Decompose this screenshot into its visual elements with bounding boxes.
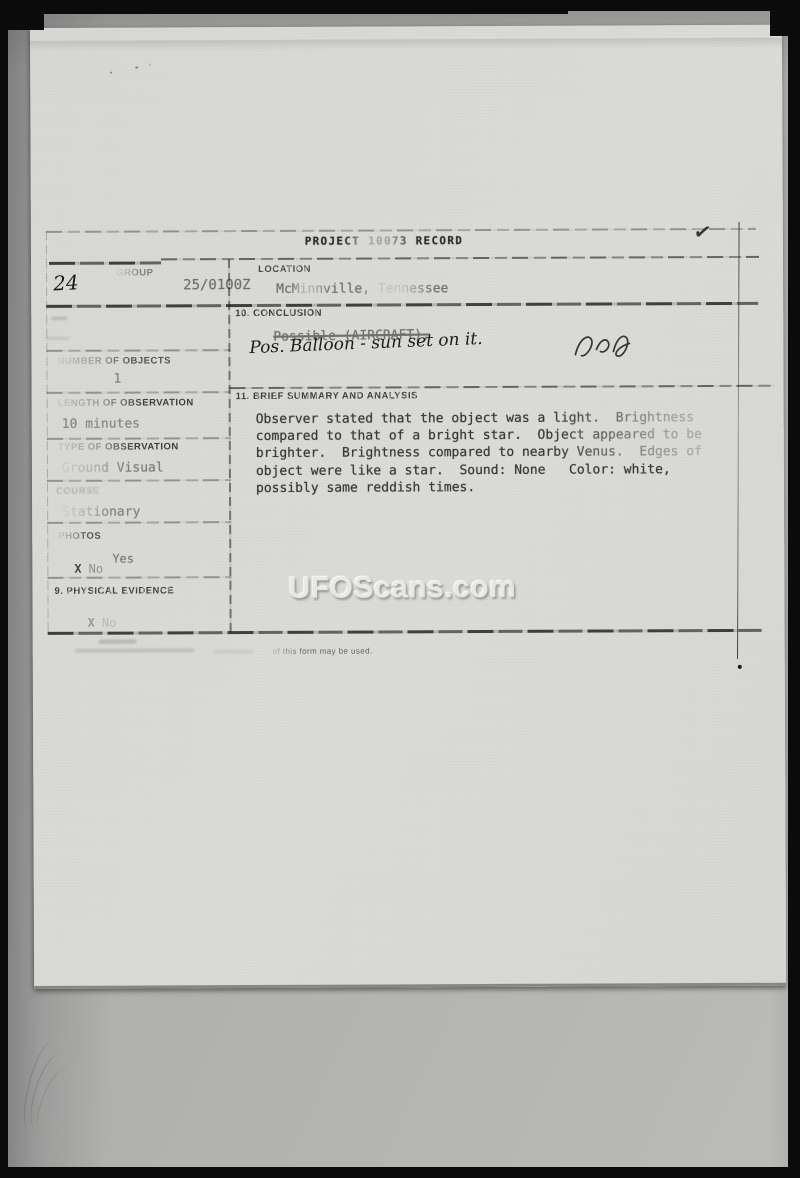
length-of-observation-value: 10 minutes — [62, 416, 140, 433]
ink-speck — [110, 72, 112, 74]
form-rule — [47, 576, 231, 578]
location-label: LOCATION — [258, 264, 311, 276]
physical-evidence-checkmark: X — [88, 616, 95, 630]
type-of-observation-label: TYPE OF OBSERVATION — [58, 441, 179, 453]
form-rule — [47, 391, 231, 393]
summary-paragraph: Observer stated that the object was a li… — [256, 409, 748, 497]
handwritten-page-number: 24 — [53, 271, 80, 294]
photos-no-option: X No — [74, 562, 103, 576]
summary-line: object were like a star. Sound: None Col… — [256, 460, 748, 479]
form-rule — [46, 302, 758, 308]
scanned-document-page: PROJECT 10073 RECORD ✓ GROUP LOCATION 24… — [0, 0, 800, 1178]
footer-smudge — [213, 650, 253, 653]
form-divider — [228, 259, 231, 632]
conclusion-label: 10. CONCLUSION — [235, 308, 322, 320]
summary-line: Observer stated that the object was a li… — [256, 409, 748, 428]
watermark: UFOScans.com — [280, 571, 524, 605]
form-rule — [47, 521, 231, 523]
card-title: PROJECT 10073 RECORD — [299, 234, 469, 248]
ink-speck — [149, 63, 151, 65]
footer-smudge — [99, 640, 137, 644]
summary-label: 11. BRIEF SUMMARY AND ANALYSIS — [236, 390, 418, 402]
form-footer-note: of this form may be used. — [273, 648, 373, 656]
number-of-objects-value: 1 — [113, 371, 121, 388]
film-edge-left — [0, 0, 8, 1178]
paper-crease-dot — [738, 665, 742, 669]
form-rule — [46, 349, 230, 351]
signature-scribble — [569, 330, 641, 367]
summary-line: brighter. Brightness compared to nearby … — [256, 443, 748, 462]
form-rule — [47, 437, 231, 439]
photos-no-checkmark: X — [74, 562, 81, 576]
form-rule — [46, 228, 756, 233]
footer-smudge — [75, 648, 195, 653]
form-rule — [49, 261, 161, 264]
form-rule — [230, 385, 775, 389]
summary-line: possibly same reddish times. — [256, 478, 748, 497]
photos-yes-option: Yes — [112, 551, 134, 568]
date-time-group-label: GROUP — [116, 267, 153, 279]
film-edge-bottom — [0, 1167, 800, 1178]
ink-speck — [135, 67, 138, 69]
form-rule — [48, 629, 762, 635]
film-edge-top — [0, 0, 568, 14]
number-of-objects-label: NUMBER OF OBJECTS — [57, 355, 171, 367]
physical-evidence-value: X No — [88, 616, 117, 630]
form-border-left — [46, 231, 49, 632]
length-of-observation-label: LENGTH OF OBSERVATION — [58, 397, 194, 409]
photos-label: PHOTOS — [58, 531, 101, 543]
form-rule — [47, 479, 231, 481]
film-edge-right — [788, 0, 800, 1178]
scan-streak — [30, 38, 782, 51]
physical-evidence-label: 9. PHYSICAL EVIDENCE — [54, 585, 174, 597]
course-value: Stationary — [62, 504, 140, 521]
type-of-observation-value: Ground Visual — [62, 459, 164, 476]
paper-sheet: PROJECT 10073 RECORD ✓ GROUP LOCATION 24… — [30, 25, 786, 989]
photos-no-word: No — [89, 562, 104, 576]
location-value: McMinnville, Tennessee — [276, 280, 448, 298]
course-label: COURSE — [56, 486, 100, 498]
physical-evidence-word: No — [102, 616, 117, 630]
faded-source-row-smudge — [51, 317, 67, 320]
faded-source-row-smudge — [45, 337, 69, 340]
summary-line: compared to that of a bright star. Objec… — [256, 426, 748, 445]
checkmark-annotation: ✓ — [692, 218, 714, 246]
date-time-group-value: 25/0100Z — [183, 277, 251, 294]
form-rule — [161, 256, 759, 261]
